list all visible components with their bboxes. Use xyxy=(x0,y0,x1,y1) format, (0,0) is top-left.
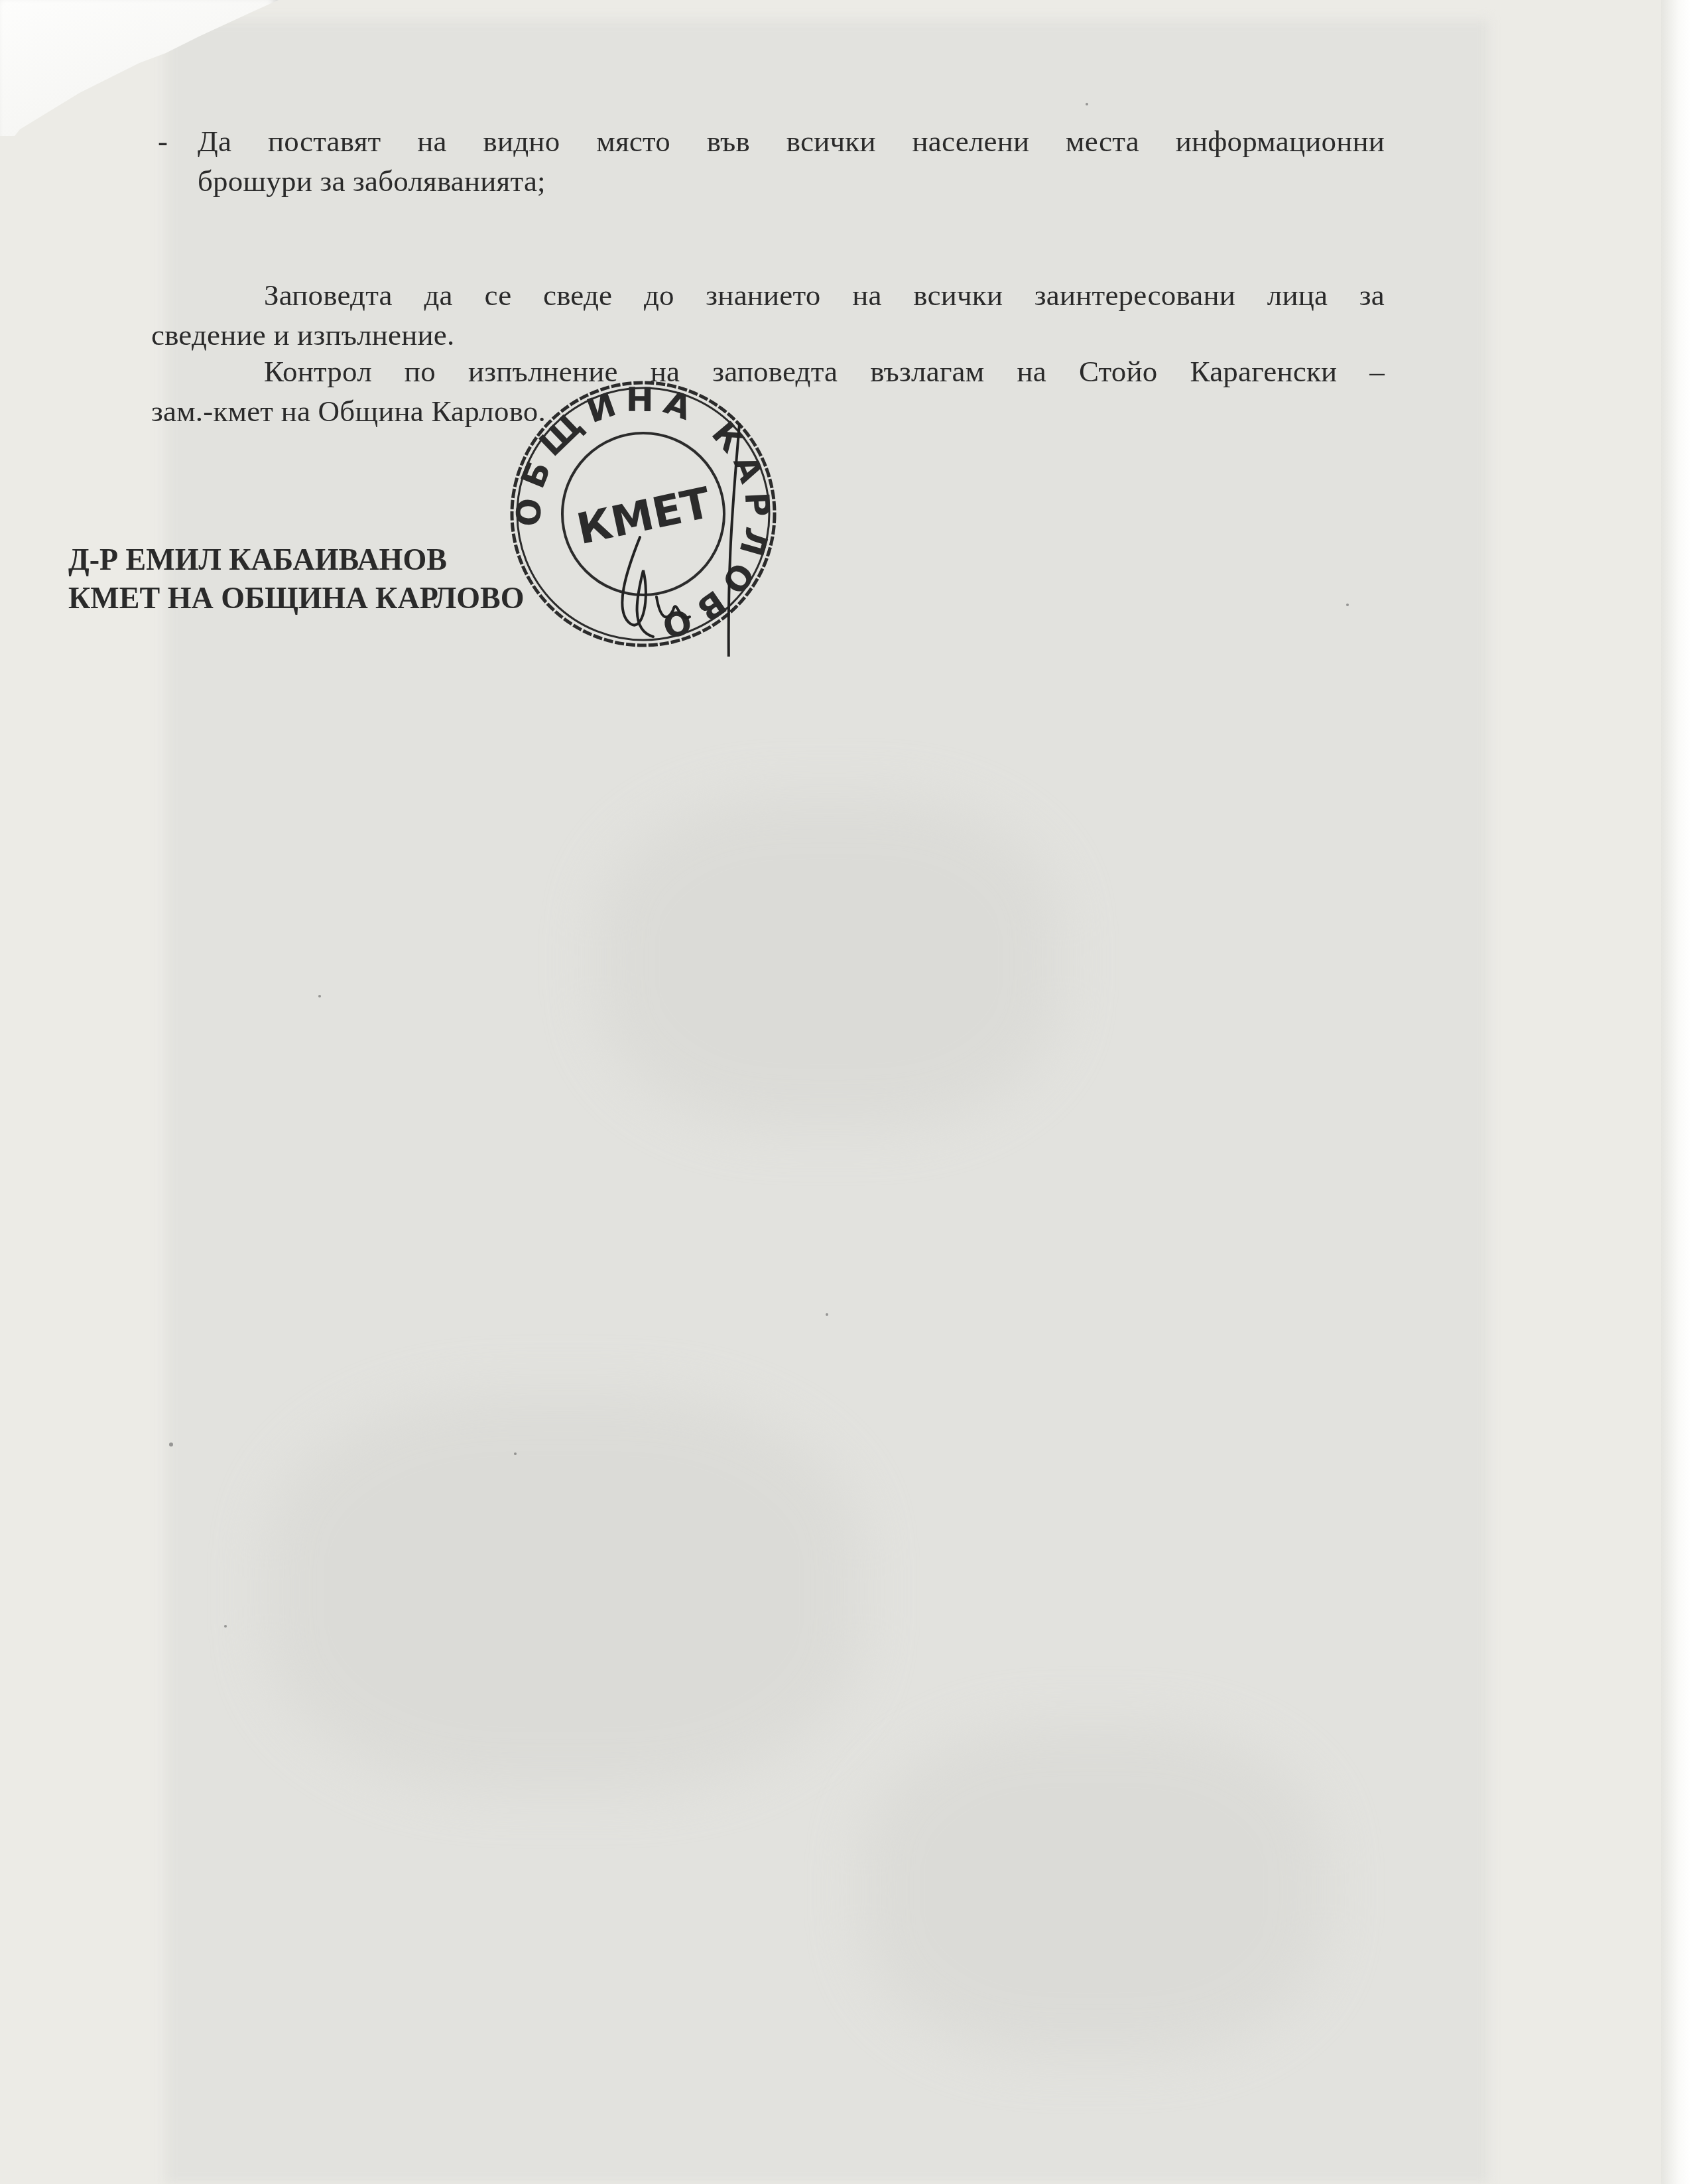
paragraph-2-line-2: зам.-кмет на Община Карлово. xyxy=(151,391,546,431)
scanned-page: - Да поставят на видно място във всички … xyxy=(0,0,1691,2184)
official-stamp: ОБЩИНА КАРЛОВО КМЕТ xyxy=(501,371,786,657)
signatory-title: КМЕТ НА ОБЩИНА КАРЛОВО xyxy=(68,579,524,617)
stamp-center-text: КМЕТ xyxy=(573,479,716,555)
bullet-text-line-2: брошури за заболяванията; xyxy=(198,161,546,201)
shading-blotch xyxy=(265,1393,862,1791)
bullet-marker: - xyxy=(158,121,168,161)
bullet-text-line-1: Да поставят на видно място във всички на… xyxy=(198,121,1385,161)
paragraph-2-line-1: Контрол по изпълнение на заповедта възла… xyxy=(264,352,1385,391)
scanner-edge xyxy=(1661,0,1691,2184)
signatory-name: Д-Р ЕМИЛ КАБАИВАНОВ xyxy=(68,541,447,579)
paragraph-1-line-1: Заповедта да се сведе до знанието на вси… xyxy=(264,275,1385,315)
paragraph-1-line-2: сведение и изпълнение. xyxy=(151,315,454,355)
shading-blotch xyxy=(597,796,1061,1127)
shading-blotch xyxy=(862,1724,1326,2056)
